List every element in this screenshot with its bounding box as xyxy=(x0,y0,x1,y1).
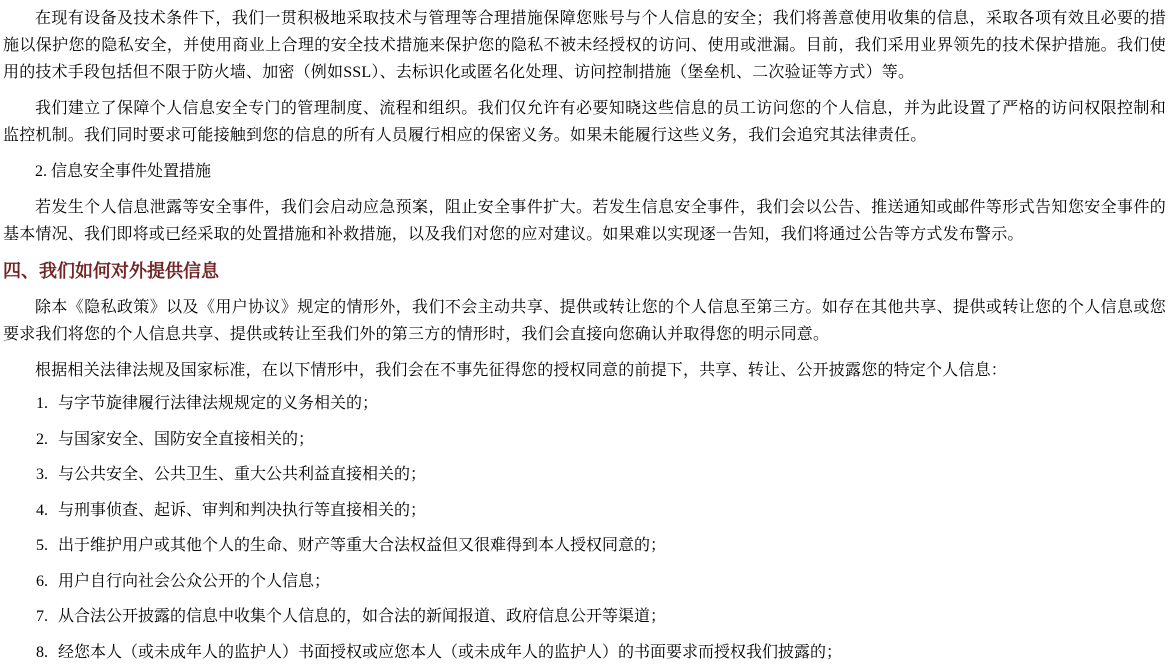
paragraph-incident-response: 若发生个人信息泄露等安全事件，我们会启动应急预案，阻止安全事件扩大。若发生信息安… xyxy=(3,194,1166,248)
list-item-number: 2. xyxy=(36,429,58,450)
list-item-number: 4. xyxy=(36,500,58,521)
list-item: 4. 与刑事侦查、起诉、审判和判决执行等直接相关的； xyxy=(36,500,1166,521)
list-item: 1. 与字节旋律履行法律法规规定的义务相关的； xyxy=(36,393,1166,414)
list-item: 6. 用户自行向社会公众公开的个人信息； xyxy=(36,571,1166,592)
list-item-text: 与字节旋律履行法律法规规定的义务相关的； xyxy=(58,393,1166,414)
list-item: 5. 出于维护用户或其他个人的生命、财产等重大合法权益但又很难得到本人授权同意的… xyxy=(36,535,1166,556)
list-item-number: 1. xyxy=(36,393,58,414)
list-item-text: 与刑事侦查、起诉、审判和判决执行等直接相关的； xyxy=(58,500,1166,521)
list-item-text: 经您本人（或未成年人的监护人）书面授权或应您本人（或未成年人的监护人）的书面要求… xyxy=(58,642,1166,663)
disclosure-conditions-list: 1. 与字节旋律履行法律法规规定的义务相关的； 2. 与国家安全、国防安全直接相… xyxy=(3,393,1166,663)
list-item-text: 与国家安全、国防安全直接相关的； xyxy=(58,429,1166,450)
list-item-number: 8. xyxy=(36,642,58,663)
list-item-text: 从合法公开披露的信息中收集个人信息的，如合法的新闻报道、政府信息公开等渠道； xyxy=(58,606,1166,627)
list-item-number: 5. xyxy=(36,535,58,556)
list-item-text: 与公共安全、公共卫生、重大公共利益直接相关的； xyxy=(58,464,1166,485)
list-item: 3. 与公共安全、公共卫生、重大公共利益直接相关的； xyxy=(36,464,1166,485)
paragraph-no-third-party-sharing: 除本《隐私政策》以及《用户协议》规定的情形外，我们不会主动共享、提供或转让您的个… xyxy=(3,294,1166,348)
list-item-number: 6. xyxy=(36,571,58,592)
paragraph-security-measures: 在现有设备及技术条件下，我们一贯积极地采取技术与管理等合理措施保障您账号与个人信… xyxy=(3,5,1166,86)
subheading-incident-handling: 2. 信息安全事件处置措施 xyxy=(3,158,1166,185)
privacy-policy-document: 在现有设备及技术条件下，我们一贯积极地采取技术与管理等合理措施保障您账号与个人信… xyxy=(0,0,1169,663)
list-item-text: 出于维护用户或其他个人的生命、财产等重大合法权益但又很难得到本人授权同意的； xyxy=(58,535,1166,556)
paragraph-legal-disclosure-intro: 根据相关法律法规及国家标准，在以下情形中，我们会在不事先征得您的授权同意的前提下… xyxy=(3,357,1166,384)
list-item-number: 3. xyxy=(36,464,58,485)
list-item: 8. 经您本人（或未成年人的监护人）书面授权或应您本人（或未成年人的监护人）的书… xyxy=(36,642,1166,663)
list-item-number: 7. xyxy=(36,606,58,627)
list-item-text: 用户自行向社会公众公开的个人信息； xyxy=(58,571,1166,592)
section-heading-external-provision: 四、我们如何对外提供信息 xyxy=(3,257,1166,285)
list-item: 7. 从合法公开披露的信息中收集个人信息的，如合法的新闻报道、政府信息公开等渠道… xyxy=(36,606,1166,627)
paragraph-management-system: 我们建立了保障个人信息安全专门的管理制度、流程和组织。我们仅允许有必要知晓这些信… xyxy=(3,95,1166,149)
list-item: 2. 与国家安全、国防安全直接相关的； xyxy=(36,429,1166,450)
